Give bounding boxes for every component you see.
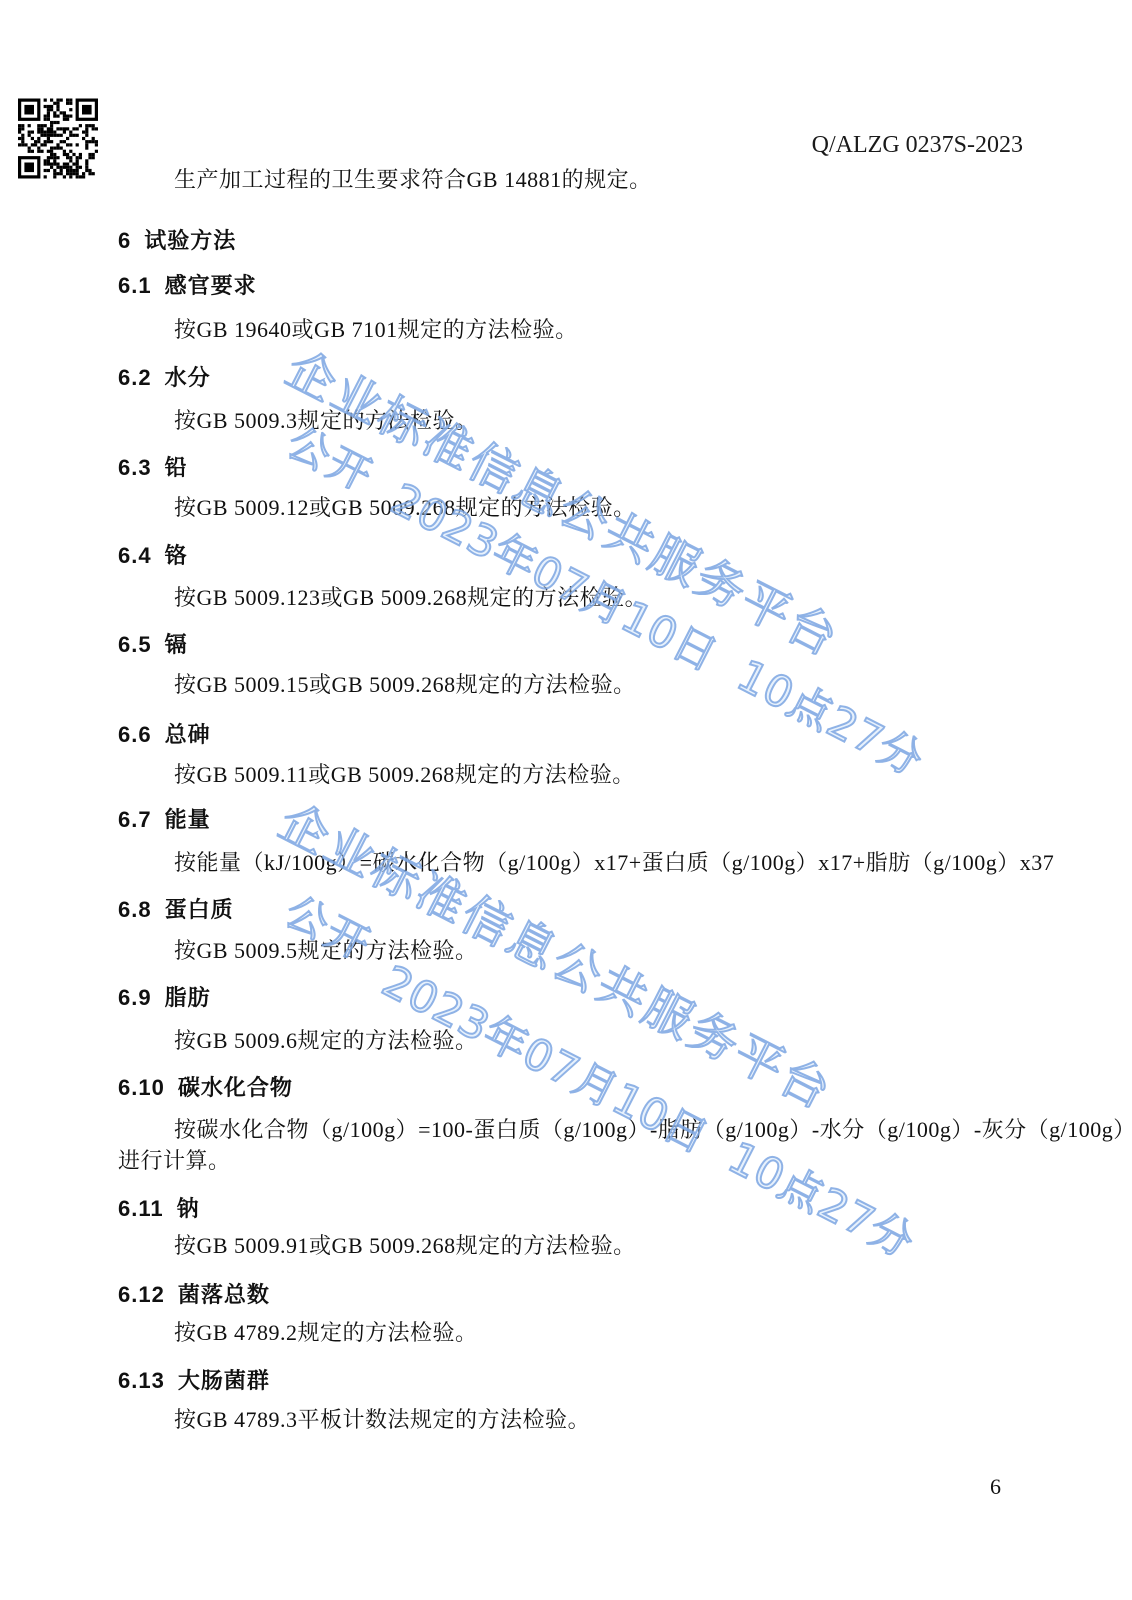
section-number: 6.3 — [118, 455, 152, 480]
section-title: 大肠菌群 — [178, 1368, 270, 1393]
section-paragraph: 按GB 5009.12或GB 5009.268规定的方法检验。 — [174, 497, 636, 519]
section-title: 脂肪 — [165, 985, 211, 1010]
section-paragraph: 按GB 19640或GB 7101规定的方法检验。 — [174, 319, 578, 341]
page-number: 6 — [990, 1476, 1001, 1498]
section-number: 6.8 — [118, 897, 152, 922]
doc-code: Q/ALZG 0237S-2023 — [812, 133, 1023, 157]
section-title: 菌落总数 — [178, 1282, 270, 1307]
section-number: 6.4 — [118, 543, 152, 568]
chapter-title: 试验方法 — [144, 228, 236, 253]
section-number: 6.1 — [118, 273, 152, 298]
section-title: 总砷 — [165, 722, 211, 747]
section-title: 感官要求 — [165, 273, 257, 298]
section-paragraph: 按GB 5009.15或GB 5009.268规定的方法检验。 — [174, 674, 636, 696]
section-heading: 6.7能量 — [118, 809, 211, 831]
section-title: 钠 — [177, 1196, 200, 1221]
section-title: 镉 — [165, 632, 188, 657]
section-heading: 6.12菌落总数 — [118, 1284, 270, 1306]
section-heading: 6.1感官要求 — [118, 275, 257, 297]
section-title: 碳水化合物 — [178, 1075, 293, 1100]
section-number: 6.11 — [118, 1196, 164, 1221]
section-paragraph: 按能量（kJ/100g）=碳水化合物（g/100g）x17+蛋白质（g/100g… — [174, 852, 1054, 874]
section-title: 水分 — [165, 365, 211, 390]
section-paragraph: 按GB 5009.5规定的方法检验。 — [174, 940, 478, 962]
section-number: 6.7 — [118, 807, 152, 832]
watermark-datetime: 2023年07月10日 10点27分 — [375, 960, 920, 1266]
section-number: 6.2 — [118, 365, 152, 390]
section-heading: 6.9脂肪 — [118, 987, 211, 1009]
section-paragraph: 按GB 5009.91或GB 5009.268规定的方法检验。 — [174, 1235, 636, 1257]
section-paragraph: 按GB 5009.6规定的方法检验。 — [174, 1030, 478, 1052]
section-paragraph: 按GB 4789.2规定的方法检验。 — [174, 1322, 478, 1344]
section-paragraph: 按GB 5009.123或GB 5009.268规定的方法检验。 — [174, 587, 647, 609]
document-page: { "page": { "doc_code": "Q/ALZG 0237S-20… — [0, 0, 1132, 1600]
section-number: 6.10 — [118, 1075, 165, 1100]
section-number: 6.6 — [118, 722, 152, 747]
section-title: 铅 — [165, 455, 188, 480]
section-heading: 6.11钠 — [118, 1198, 200, 1220]
section-heading: 6.2水分 — [118, 367, 211, 389]
section-heading: 6.10碳水化合物 — [118, 1077, 293, 1099]
section-title: 能量 — [165, 807, 211, 832]
section-number: 6.12 — [118, 1282, 165, 1307]
section-paragraph: 按GB 5009.11或GB 5009.268规定的方法检验。 — [174, 764, 635, 786]
section-paragraph: 按GB 5009.3规定的方法检验。 — [174, 410, 478, 432]
watermark-datetime: 2023年07月10日 10点27分 — [384, 478, 929, 784]
section-paragraph: 按碳水化合物（g/100g）=100-蛋白质（g/100g）-脂肪（g/100g… — [174, 1119, 1132, 1141]
qr-code — [18, 98, 98, 179]
section-title: 铬 — [165, 543, 188, 568]
section-heading: 6.5镉 — [118, 634, 188, 656]
section-paragraph: 按GB 4789.3平板计数法规定的方法检验。 — [174, 1409, 590, 1431]
chapter-heading: 6试验方法 — [118, 230, 236, 252]
chapter-number: 6 — [118, 228, 131, 253]
section-number: 6.9 — [118, 985, 152, 1010]
section-number: 6.13 — [118, 1368, 165, 1393]
section-paragraph: 进行计算。 — [118, 1150, 231, 1172]
section-title: 蛋白质 — [165, 897, 234, 922]
section-heading: 6.4铬 — [118, 545, 188, 567]
intro-paragraph: 生产加工过程的卫生要求符合GB 14881的规定。 — [174, 169, 652, 191]
section-heading: 6.13大肠菌群 — [118, 1370, 270, 1392]
section-heading: 6.6总砷 — [118, 724, 211, 746]
section-heading: 6.3铅 — [118, 457, 188, 479]
section-number: 6.5 — [118, 632, 152, 657]
section-heading: 6.8蛋白质 — [118, 899, 234, 921]
